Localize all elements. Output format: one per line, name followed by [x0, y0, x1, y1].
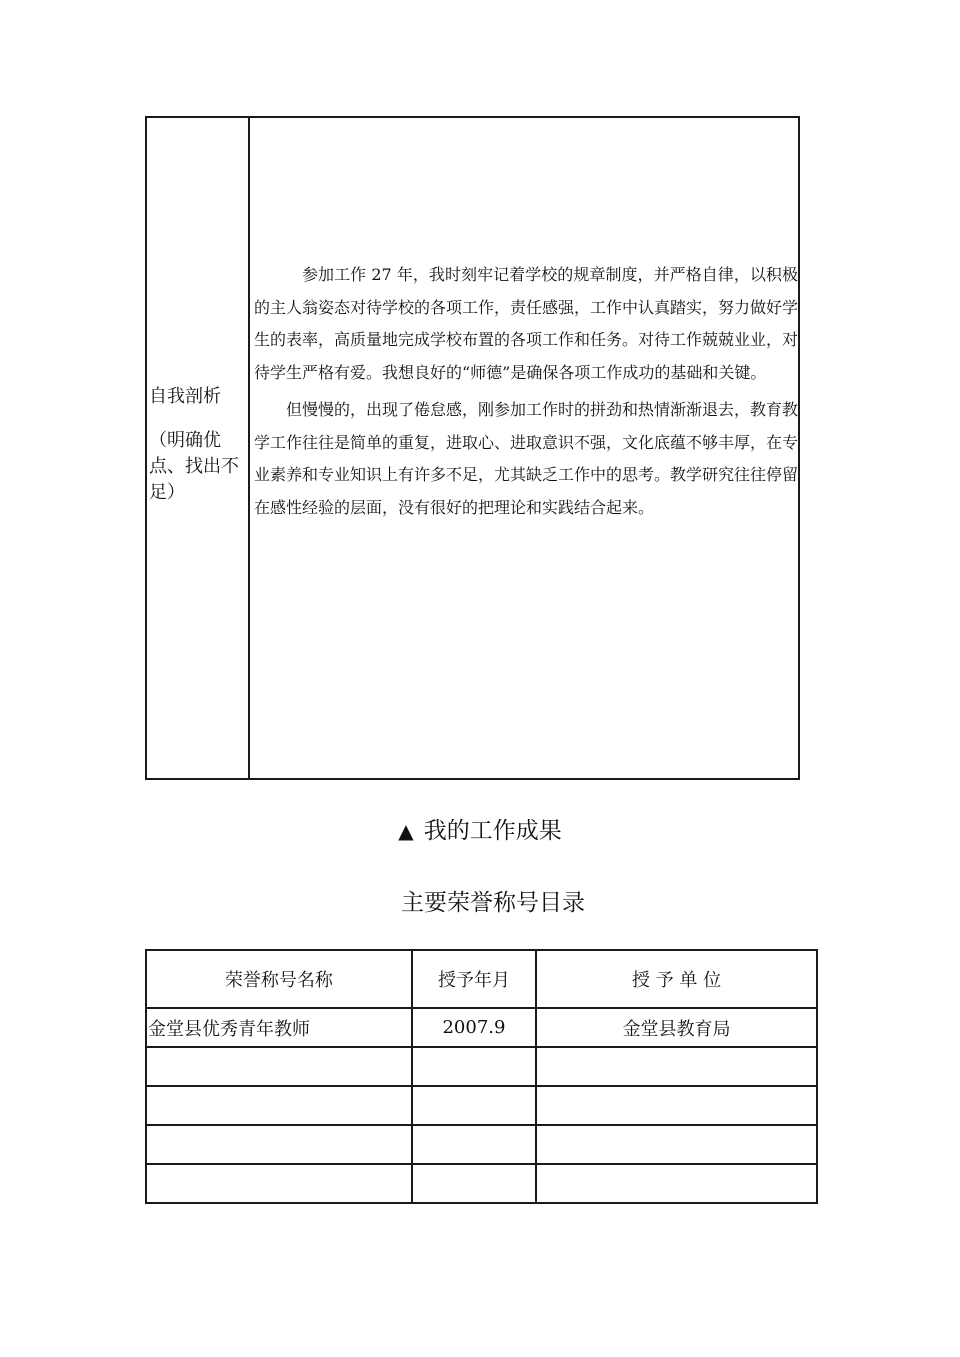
award-unit-cell [536, 1125, 817, 1164]
honor-name-cell: 金堂县优秀青年教师 [146, 1008, 412, 1047]
self-analysis-content-cell: 参加工作 27 年，我时刻牢记着学校的规章制度，并严格自律，以积极的主人翁姿态对… [250, 118, 798, 778]
table-row [146, 1086, 817, 1125]
section-heading-work-results: ▲我的工作成果 [0, 812, 960, 845]
self-analysis-sublabel: （明确优点、找出不足） [149, 428, 249, 506]
honor-name-cell [146, 1164, 412, 1203]
honors-title: 主要荣誉称号目录 [0, 884, 960, 917]
self-analysis-label: 自我剖析 [149, 384, 249, 410]
section-heading-title: 我的工作成果 [424, 818, 562, 844]
header-award-unit: 授 予 单 位 [536, 950, 817, 1008]
self-analysis-label-cell: 自我剖析 （明确优点、找出不足） [147, 118, 250, 778]
analysis-paragraph-weaknesses: 但慢慢的，出现了倦怠感，刚参加工作时的拼劲和热情渐渐退去，教育教学工作往往是简单… [254, 394, 798, 524]
award-date-cell [412, 1164, 536, 1203]
award-unit-cell [536, 1086, 817, 1125]
self-analysis-table: 自我剖析 （明确优点、找出不足） 参加工作 27 年，我时刻牢记着学校的规章制度… [145, 116, 800, 780]
analysis-paragraph-strengths: 参加工作 27 年，我时刻牢记着学校的规章制度，并严格自律，以积极的主人翁姿态对… [254, 259, 798, 389]
triangle-icon: ▲ [398, 819, 413, 843]
award-unit-cell: 金堂县教育局 [536, 1008, 817, 1047]
honors-header-row: 荣誉称号名称 授予年月 授 予 单 位 [146, 950, 817, 1008]
header-honor-name: 荣誉称号名称 [146, 950, 412, 1008]
award-date-cell [412, 1047, 536, 1086]
honor-name-cell [146, 1047, 412, 1086]
table-row: 金堂县优秀青年教师 2007.9 金堂县教育局 [146, 1008, 817, 1047]
table-row [146, 1125, 817, 1164]
honor-name-cell [146, 1086, 412, 1125]
self-analysis-text: 参加工作 27 年，我时刻牢记着学校的规章制度，并严格自律，以积极的主人翁姿态对… [254, 259, 798, 529]
table-row [146, 1047, 817, 1086]
award-unit-cell [536, 1047, 817, 1086]
award-date-cell [412, 1086, 536, 1125]
award-date-cell: 2007.9 [412, 1008, 536, 1047]
header-award-date: 授予年月 [412, 950, 536, 1008]
honors-table: 荣誉称号名称 授予年月 授 予 单 位 金堂县优秀青年教师 2007.9 金堂县… [145, 949, 818, 1204]
award-unit-cell [536, 1164, 817, 1203]
award-date-cell [412, 1125, 536, 1164]
honor-name-cell [146, 1125, 412, 1164]
table-row [146, 1164, 817, 1203]
